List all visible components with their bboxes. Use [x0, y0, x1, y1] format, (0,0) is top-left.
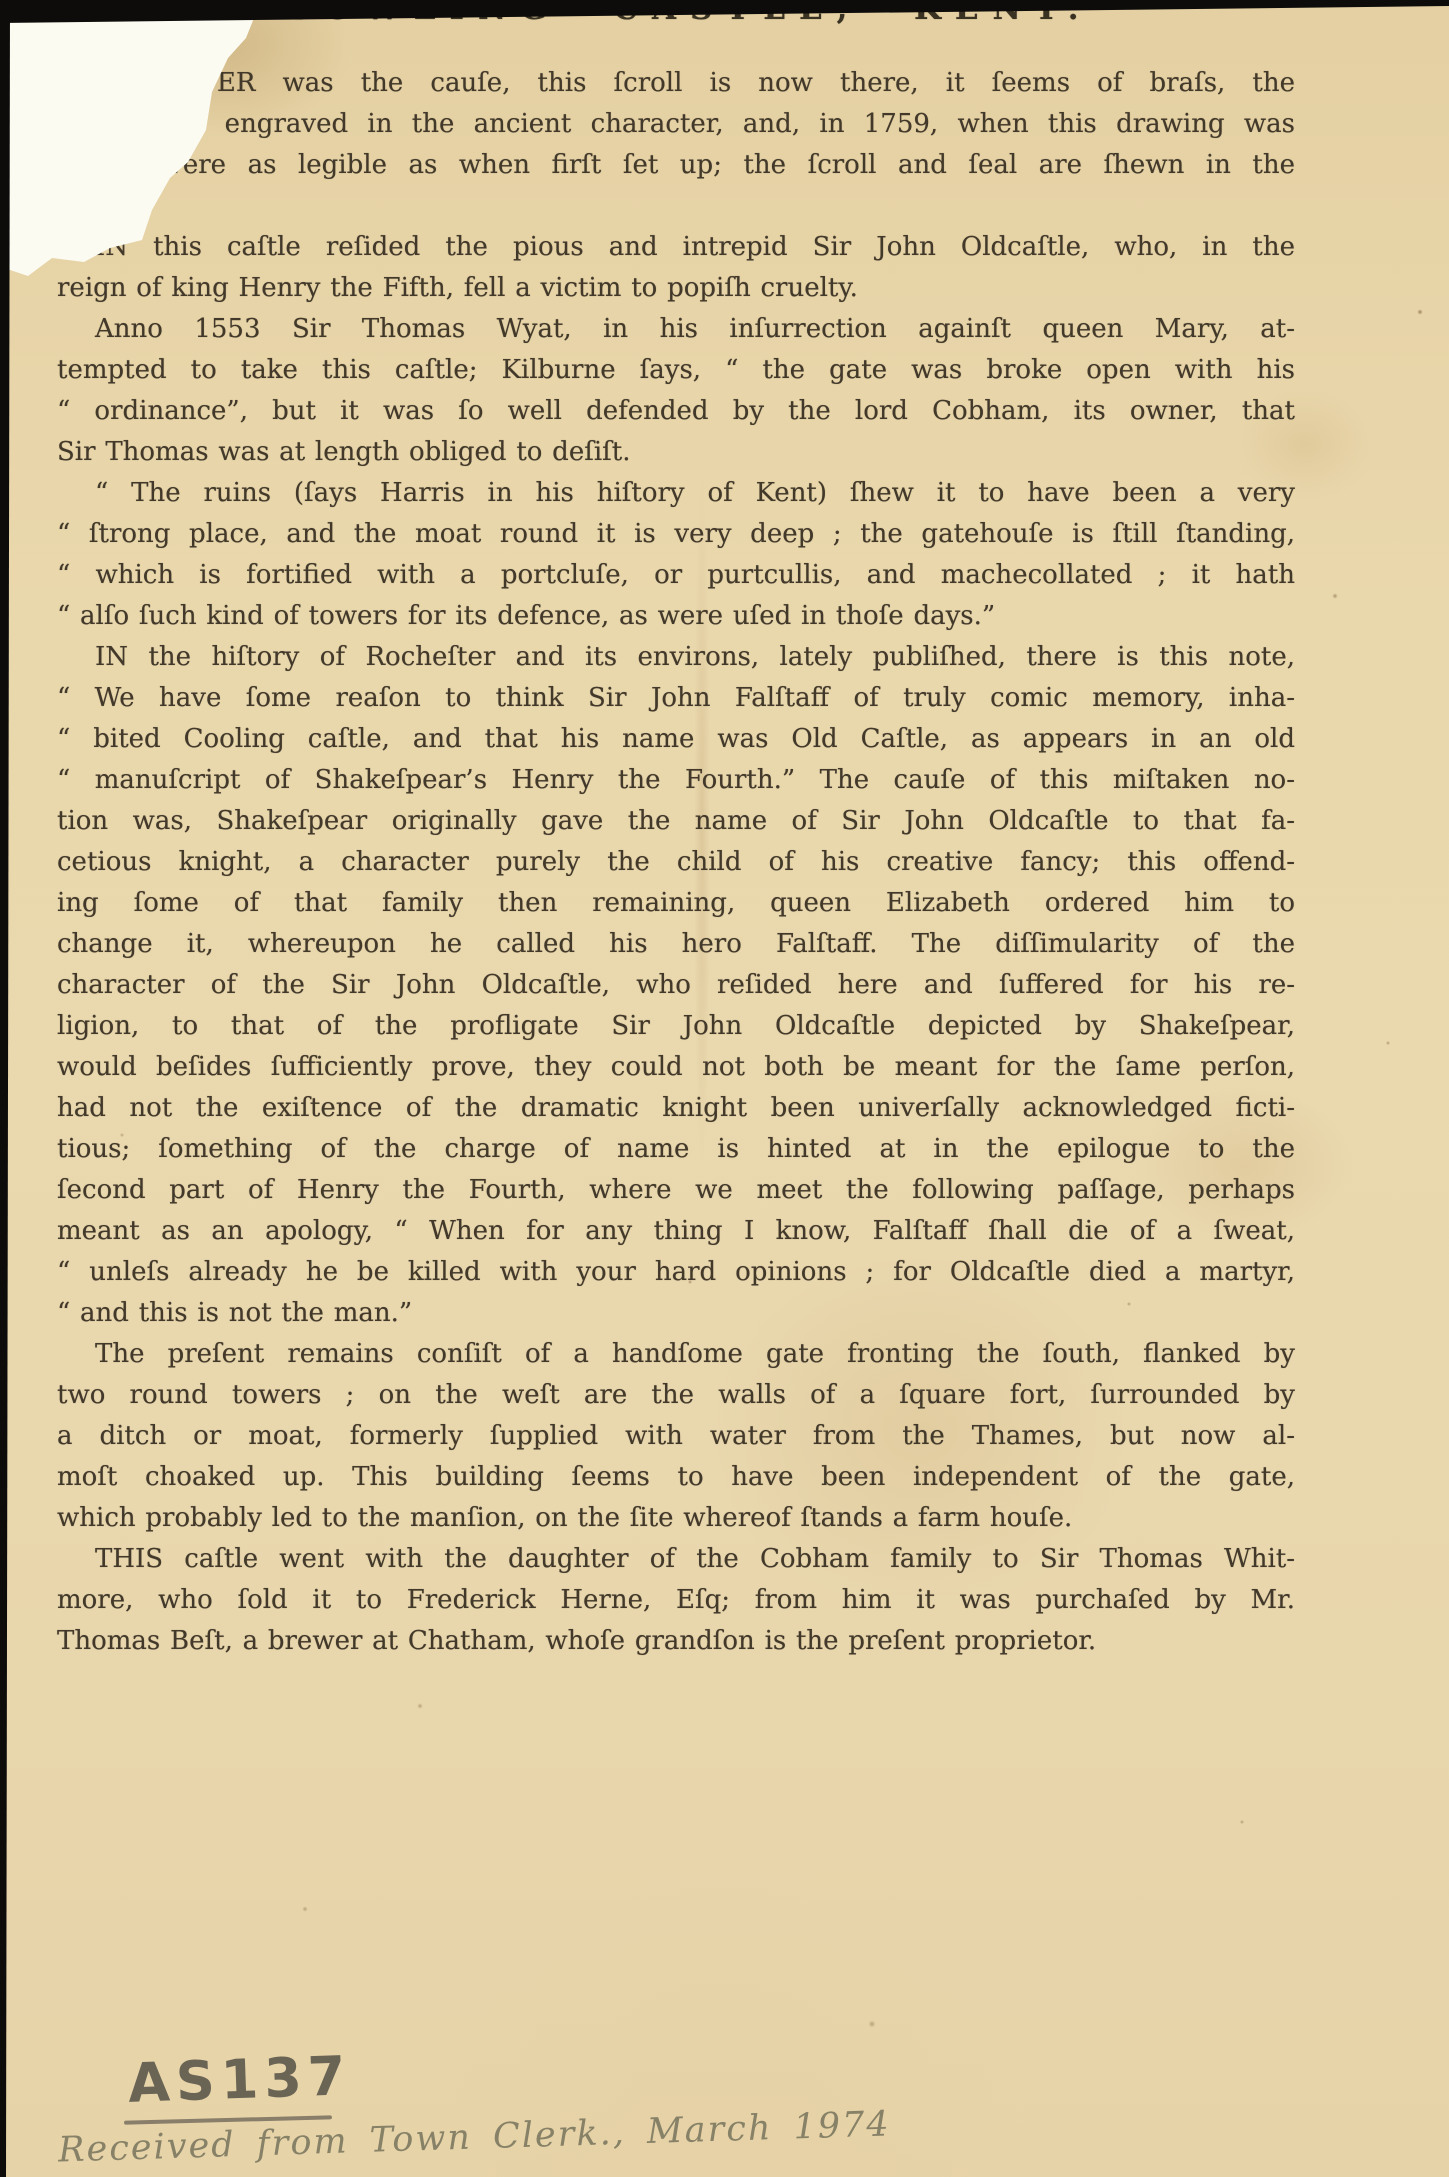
text-line: IN this caſtle reſided the pious and int… — [57, 227, 1295, 268]
text-line: two round towers ; on the weſt are the w… — [57, 1375, 1295, 1416]
text-line: which probably led to the manſion, on th… — [57, 1498, 1295, 1539]
document-page: COWLING CASTLE, KENT. WHATEVER was the c… — [0, 0, 1449, 2177]
text-line: Thomas Beſt, a brewer at Chatham, whoſe … — [57, 1621, 1295, 1662]
text-line: view. — [57, 186, 1295, 227]
text-line: taken, were as legible as when firſt ſet… — [57, 145, 1295, 186]
text-line: ſecond part of Henry the Fourth, where w… — [57, 1170, 1295, 1211]
text-line: “ We have ſome reaſon to think Sir John … — [57, 678, 1295, 719]
text-line: “ alſo ſuch kind of towers for its defen… — [57, 596, 1295, 637]
text-line: “ manuſcript of Shakeſpear’s Henry the F… — [57, 760, 1295, 801]
text-line: a ditch or moat, formerly ſupplied with … — [57, 1416, 1295, 1457]
text-line: cetious knight, a character purely the c… — [57, 842, 1295, 883]
paragraph: IN the hiſtory of Rocheſter and its envi… — [57, 637, 1295, 1334]
text-line: meant as an apology, “ When for any thin… — [57, 1211, 1295, 1252]
text-line: Anno 1553 Sir Thomas Wyat, in his inſurr… — [57, 309, 1295, 350]
text-line: tempted to take this caſtle; Kilburne ſa… — [57, 350, 1295, 391]
text-line: IN the hiſtory of Rocheſter and its envi… — [57, 637, 1295, 678]
text-line: ing ſome of that family then remaining, … — [57, 883, 1295, 924]
text-line: moſt choaked up. This building ſeems to … — [57, 1457, 1295, 1498]
text-line: The preſent remains conſiſt of a handſom… — [57, 1334, 1295, 1375]
text-line: reign of king Henry the Fifth, fell a vi… — [57, 268, 1295, 309]
text-line: THIS caſtle went with the daughter of th… — [57, 1539, 1295, 1580]
text-line: “ The ruins (ſays Harris in his hiſtory … — [57, 473, 1295, 514]
text-line: WHATEVER was the cauſe, this ſcroll is n… — [57, 63, 1295, 104]
text-line: ligion, to that of the profligate Sir Jo… — [57, 1006, 1295, 1047]
text-line: “ ſtrong place, and the moat round it is… — [57, 514, 1295, 555]
text-line: “ ordinance”, but it was ſo well defende… — [57, 391, 1295, 432]
text-line: had not the exiſtence of the dramatic kn… — [57, 1088, 1295, 1129]
catalog-number-handwriting: AS137 — [127, 2044, 352, 2115]
paragraph: IN this caſtle reſided the pious and int… — [57, 227, 1295, 309]
text-line: character of the Sir John Oldcaſtle, who… — [57, 965, 1295, 1006]
text-block: WHATEVER was the cauſe, this ſcroll is n… — [57, 63, 1295, 1662]
paragraph: “ The ruins (ſays Harris in his hiſtory … — [57, 473, 1295, 637]
paragraph: THIS caſtle went with the daughter of th… — [57, 1539, 1295, 1662]
text-line: more, who ſold it to Frederick Herne, Eſ… — [57, 1580, 1295, 1621]
paragraph: Anno 1553 Sir Thomas Wyat, in his inſurr… — [57, 309, 1295, 473]
text-line: tion was, Shakeſpear originally gave the… — [57, 801, 1295, 842]
text-line: tious; ſomething of the charge of name i… — [57, 1129, 1295, 1170]
text-line: would beſides ſufficiently prove, they c… — [57, 1047, 1295, 1088]
paragraph: WHATEVER was the cauſe, this ſcroll is n… — [57, 63, 1295, 227]
text-line: Sir Thomas was at length obliged to deſi… — [57, 432, 1295, 473]
text-line: letters are engraved in the ancient char… — [57, 104, 1295, 145]
received-note-handwriting: Received from Town Clerk., March 1974 — [58, 2105, 859, 2170]
text-line: “ bited Cooling caſtle, and that his nam… — [57, 719, 1295, 760]
text-line: “ and this is not the man.” — [57, 1293, 1295, 1334]
text-line: “ unleſs already he be killed with your … — [57, 1252, 1295, 1293]
photo-edge-left — [0, 0, 12, 2177]
paragraph: The preſent remains conſiſt of a handſom… — [57, 1334, 1295, 1539]
text-line: “ which is fortified with a portcluſe, o… — [57, 555, 1295, 596]
text-line: change it, whereupon he called his hero … — [57, 924, 1295, 965]
